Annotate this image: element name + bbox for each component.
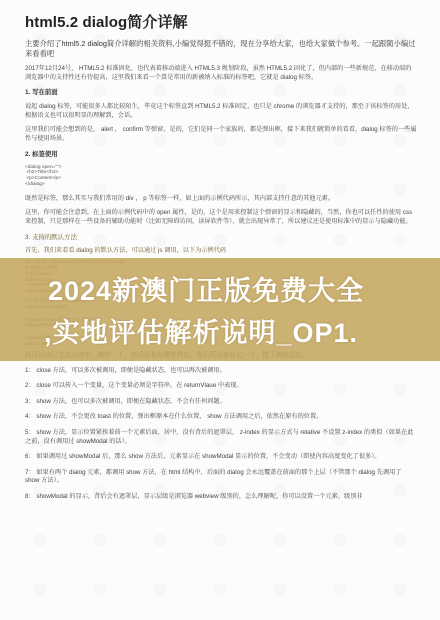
- paragraph: 首先，我们来看看 dialog 的默认方法，可以通过 js 调用，以下为示例代码: [25, 247, 417, 256]
- overlay-banner: 2024新澳门正版免费大全 ,实地评估解析说明_OP1.: [0, 258, 440, 361]
- banner-line-2: ,实地评估解析说明_OP1.: [44, 312, 440, 354]
- paragraph: 说起 dialog 标签，可能很多人都比较陌生，毕竟这个标签直到 HTML5.2…: [25, 103, 417, 120]
- list-item: 6： 如果调用过 showModal 后，那么 show 方法后，元素显示在 s…: [25, 453, 417, 462]
- list-item: 8： showModal 的显示，背后会有遮罩层，显示层级是浏览器 webvie…: [25, 493, 417, 502]
- section-heading: 1. 写在前面: [25, 88, 417, 97]
- code-line: </dialog>: [25, 182, 417, 188]
- list-item: 7： 如果有两个 dialog 元素，都调用 show 方法，在 html 结构…: [25, 469, 417, 486]
- article-intro: 主要介绍了html5.2 dialog简介详解的相关资料,小编觉得挺不错的，现在…: [25, 39, 417, 59]
- list-item: 3： show 方法，也可以多次被调用，即便在隐藏状态，不会有任何问题。: [25, 398, 417, 407]
- list-item: 1： close 方法，可以多次被调用，即便是隐藏状态，也可以再次被调用。: [25, 367, 417, 376]
- document-page: html5.2 dialog简介详解 主要介绍了html5.2 dialog简介…: [0, 0, 440, 620]
- paragraph: 既然是标签，那么其实与我们常用的 div ， p 等标签一样，如上面的示例代码所…: [25, 195, 417, 204]
- article-title: html5.2 dialog简介详解: [25, 13, 417, 33]
- paragraph: 这里我们可能会想到的是， alert ， confirm 等弹窗，是的，它们是同…: [25, 126, 417, 143]
- list-item: 5： show 方法，显示位置紧挨着前一个元素后面，居中，没有背后的遮罩层， z…: [25, 429, 417, 446]
- section-heading: 3. 支持的默认方法: [25, 233, 417, 242]
- paragraph: 这里，你可能会注意到，在上面的示例代码中的 open 属性，是的，这个是用来控制…: [25, 209, 417, 226]
- banner-headline: 2024新澳门正版免费大全 ,实地评估解析说明_OP1.: [48, 270, 440, 354]
- banner-line-1: 2024新澳门正版免费大全: [48, 270, 440, 312]
- paragraph: 2017年12月24号， HTML5.2 标准固化，也代表着移动端进入 HTML…: [25, 65, 417, 82]
- code-block: <dialog open=""> <h2>Title</h2> <p>Conte…: [25, 165, 417, 188]
- section-heading: 2. 标签使用: [25, 150, 417, 159]
- list-item: 2： close 可以传入一个变量，这个变量必须是字符串，在 returnVla…: [25, 382, 417, 391]
- list-item: 4： show 方法，不会更改 toast 的位置，弹出框原本在什么位置， sh…: [25, 413, 417, 422]
